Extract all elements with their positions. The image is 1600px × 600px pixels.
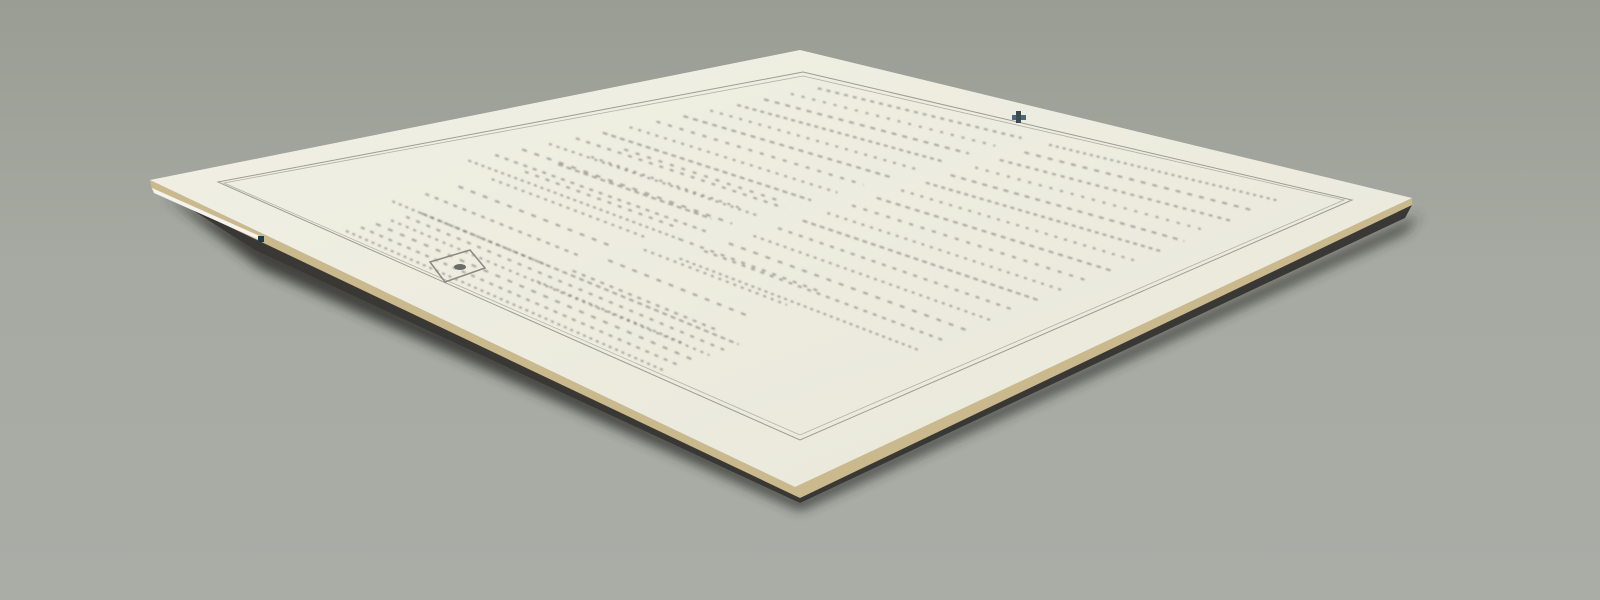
photo-scene bbox=[0, 0, 1600, 600]
jacket-face bbox=[150, 50, 1412, 487]
sleeve-marker bbox=[258, 236, 264, 242]
